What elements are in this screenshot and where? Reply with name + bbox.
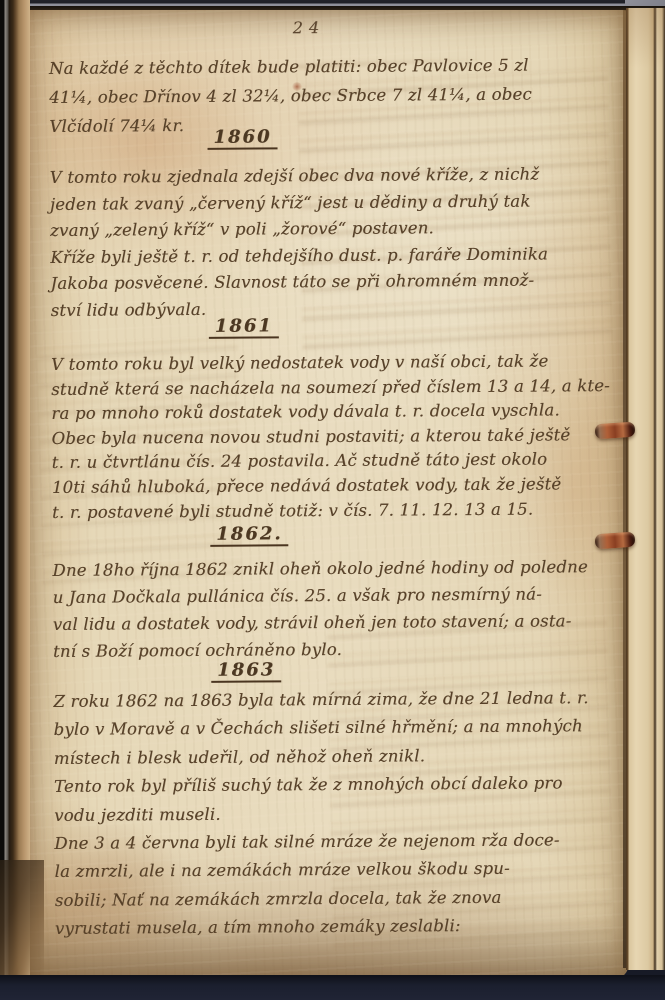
manuscript-line: tní s Boží pomocí ochráněno bylo.: [53, 634, 619, 665]
year-heading-1860: 1860: [207, 126, 277, 149]
manuscript-line: Vlčídolí 74¼ kr.: [49, 108, 615, 141]
manuscript-line: 10ti sáhů hluboká, přece nedává dostatek…: [52, 472, 618, 501]
manuscript-line: Na každé z těchto dítek bude platiti: ob…: [49, 50, 615, 83]
manuscript-line: zvaný „zelený kříž“ v poli „žorové“ post…: [50, 214, 616, 244]
year-heading-1862: 1862.: [210, 523, 289, 547]
manuscript-line: bylo v Moravě a v Čechách slišeti silné …: [54, 712, 620, 744]
year-heading-1863: 1863: [211, 659, 281, 682]
next-pages-fore-edge: [626, 8, 665, 970]
manuscript-line: Z roku 1862 na 1863 byla tak mírná zima,…: [53, 684, 619, 716]
entry-1861: V tomto roku byl velký nedostatek vody v…: [51, 349, 618, 525]
table-surface-bottom: [0, 975, 665, 1000]
manuscript-line: sobili; Nať na zemákách zmrzla docela, t…: [55, 883, 621, 915]
manuscript-line: val lidu a dostatek vody, strávil oheň j…: [53, 607, 619, 638]
book-spine-edge: [0, 0, 30, 1000]
year-heading-1861: 1861: [209, 315, 279, 338]
manuscript-line: 41¼, obec Dřínov 4 zl 32¼, obec Srbce 7 …: [49, 79, 615, 112]
manuscript-line: ra po mnoho roků dostatek vody dávala t.…: [51, 398, 617, 427]
manuscript-line: u Jana Dočkala pullánica čís. 25. a však…: [53, 580, 619, 611]
page-number: 24: [293, 18, 353, 37]
manuscript-line: Tento rok byl příliš suchý tak že z mnoh…: [54, 769, 620, 801]
manuscript-line: V tomto roku zjednala zdejší obec dva no…: [50, 161, 616, 191]
manuscript-line: Jakoba posvěcené. Slavnost táto se při o…: [50, 267, 616, 297]
manuscript-line: Dne 3 a 4 června byli tak silné mráze že…: [54, 826, 620, 858]
manuscript-photo: 24 Na každé z těchto dítek bude platiti:…: [0, 0, 665, 1000]
manuscript-line: vyrustati musela, a tím mnoho zemáky zes…: [55, 911, 621, 943]
manuscript-line: V tomto roku byl velký nedostatek vody v…: [51, 349, 617, 378]
entry-intro: Na každé z těchto dítek bude platiti: ob…: [49, 50, 616, 141]
entry-1860: V tomto roku zjednala zdejší obec dva no…: [50, 161, 617, 324]
manuscript-line: ství lidu odbývala.: [51, 294, 617, 324]
manuscript-line: místech i blesk udeřil, od něhož oheň zn…: [54, 741, 620, 773]
book-spine-foot-shadow: [0, 860, 44, 985]
page-fold-crease: [623, 10, 626, 968]
manuscript-line: vodu jezditi museli.: [54, 798, 620, 830]
binding-stitch: [595, 422, 636, 440]
manuscript-line: la zmrzli, ale i na zemákách mráze velko…: [54, 854, 620, 886]
manuscript-line: Dne 18ho října 1862 znikl oheň okolo jed…: [52, 553, 618, 584]
binding-stitch: [595, 532, 636, 550]
manuscript-line: jeden tak zvaný „červený kříž“ jest u dě…: [50, 188, 616, 218]
entry-1863: Z roku 1862 na 1863 byla tak mírná zima,…: [53, 684, 621, 944]
handwritten-text-layer: 24 Na každé z těchto dítek bude platiti:…: [0, 0, 665, 1000]
manuscript-line: t. r. postavené byli studně totiž: v čís…: [52, 497, 618, 526]
manuscript-line: Kříže byli ještě t. r. od tehdejšího dus…: [50, 241, 616, 271]
entry-1862: Dne 18ho října 1862 znikl oheň okolo jed…: [52, 553, 619, 665]
